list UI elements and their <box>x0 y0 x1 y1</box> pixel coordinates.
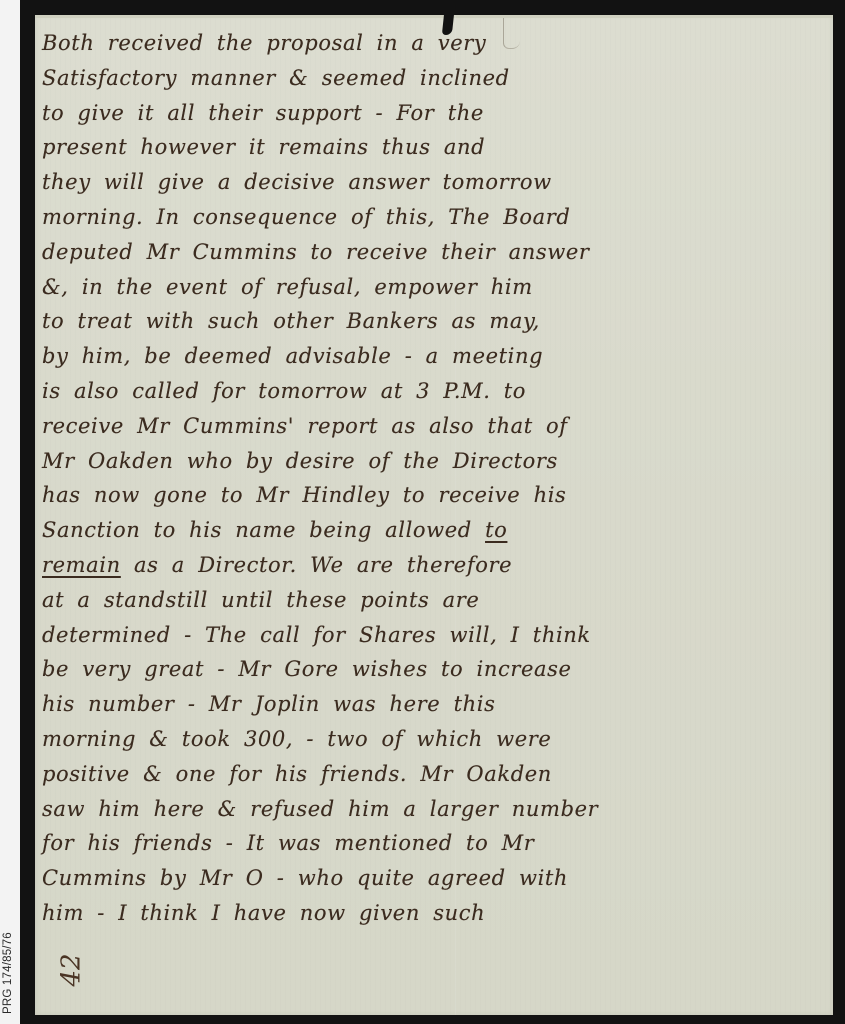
text-line: has now gone to Mr Hindley to receive hi… <box>42 478 792 513</box>
text-line: Cummins by Mr O - who quite agreed with <box>42 861 792 896</box>
text-segment: as a Director. We are therefore <box>134 553 512 577</box>
text-line: positive & one for his friends. Mr Oakde… <box>42 757 792 792</box>
text-line: saw him here & refused him a larger numb… <box>42 792 792 827</box>
underlined-word: remain <box>42 553 121 577</box>
text-line: deputed Mr Cummins to receive their answ… <box>42 235 792 270</box>
text-line: morning & took 300, - two of which were <box>42 722 792 757</box>
underlined-word: to <box>485 518 507 542</box>
page-number: 42 <box>57 953 87 986</box>
text-line: determined - The call for Shares will, I… <box>42 618 792 653</box>
paper-top-edge <box>35 15 833 18</box>
archive-reference-label: PRG 174/85/76 <box>2 932 14 1014</box>
text-line: by him, be deemed advisable - a meeting <box>42 339 792 374</box>
text-line: present however it remains thus and <box>42 130 792 165</box>
text-line: Mr Oakden who by desire of the Directors <box>42 444 792 479</box>
text-line-with-underline: Sanction to his name being allowed to <box>42 513 792 548</box>
text-line: morning. In consequence of this, The Boa… <box>42 200 792 235</box>
text-line: for his friends - It was mentioned to Mr <box>42 826 792 861</box>
archive-margin-strip: PRG 174/85/76 <box>0 0 20 1024</box>
text-segment: Sanction to his name being allowed <box>42 518 472 542</box>
text-line: to give it all their support - For the <box>42 96 792 131</box>
text-line: him - I think I have now given such <box>42 896 792 931</box>
text-line: is also called for tomorrow at 3 P.M. to <box>42 374 792 409</box>
text-line: Satisfactory manner & seemed inclined <box>42 61 792 96</box>
text-line-with-underline: remain as a Director. We are therefore <box>42 548 792 583</box>
text-line: his number - Mr Joplin was here this <box>42 687 792 722</box>
text-line: be very great - Mr Gore wishes to increa… <box>42 652 792 687</box>
handwritten-text: Both received the proposal in a very Sat… <box>42 26 792 931</box>
text-line: &, in the event of refusal, empower him <box>42 270 792 305</box>
text-line: to treat with such other Bankers as may, <box>42 304 792 339</box>
text-line: they will give a decisive answer tomorro… <box>42 165 792 200</box>
text-line: Both received the proposal in a very <box>42 26 792 61</box>
text-line: at a standstill until these points are <box>42 583 792 618</box>
text-line: receive Mr Cummins' report as also that … <box>42 409 792 444</box>
